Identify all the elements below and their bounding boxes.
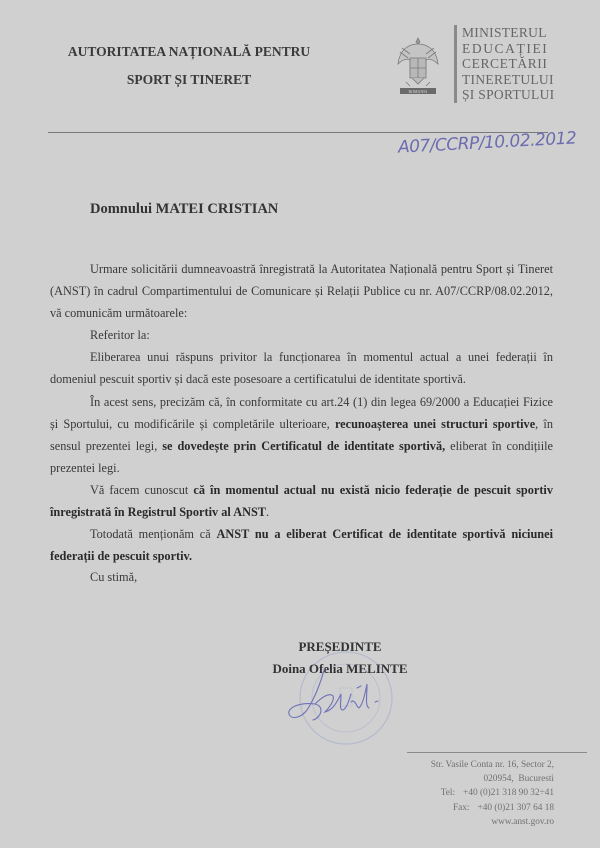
ministry-line: EDUCAȚIEI [462, 41, 554, 57]
ministry-line: TINERETULUI [462, 72, 554, 88]
ministry-line: CERCETĂRII [462, 56, 554, 72]
paragraph-subject: Eliberarea unui răspuns privitor la func… [50, 346, 553, 390]
ministry-divider [454, 25, 457, 103]
authority-header: AUTORITATEA NAȚIONALĂ PENTRU SPORT ȘI TI… [60, 38, 318, 94]
ministry-name: MINISTERUL EDUCAȚIEI CERCETĂRII TINERETU… [462, 25, 554, 103]
footer-divider [407, 752, 587, 753]
ministry-line: ȘI SPORTULUI [462, 87, 554, 103]
letter-body: Urmare solicitării dumneavoastră înregis… [50, 258, 553, 567]
ministry-line: MINISTERUL [462, 25, 554, 41]
paragraph-legal-basis: În acest sens, precizăm că, în conformit… [50, 391, 553, 479]
signatory-title: PREȘEDINTE [270, 636, 410, 658]
paragraph-finding: Vă facem cunoscut că în momentul actual … [50, 479, 553, 523]
paragraph-certificate: Totodată menționăm că ANST nu a eliberat… [50, 523, 553, 567]
paragraph-request: Urmare solicitării dumneavoastră înregis… [50, 258, 553, 324]
authority-name-line2: SPORT ȘI TINERET [60, 66, 318, 94]
romania-coat-of-arms-icon: ROMANIA [396, 34, 440, 100]
contact-footer: Str. Vasile Conta nr. 16, Sector 2, 0209… [400, 758, 554, 829]
crest-banner-text: ROMANIA [408, 89, 427, 94]
address-city: 020954, Bucuresti [400, 772, 554, 786]
website-link[interactable]: www.anst.gov.ro [400, 815, 554, 829]
paragraph-reference-label: Referitor la: [50, 324, 553, 346]
authority-name-line1: AUTORITATEA NAȚIONALĂ PENTRU [60, 38, 318, 66]
closing-salutation: Cu stimă, [90, 570, 137, 585]
handwritten-signature-icon [285, 668, 395, 728]
fax: Fax:+40 (0)21 307 64 18 [400, 801, 554, 815]
address-line: Str. Vasile Conta nr. 16, Sector 2, [400, 758, 554, 772]
phone: Tel:+40 (0)21 318 90 32÷41 [400, 786, 554, 800]
addressee: Domnului MATEI CRISTIAN [90, 201, 278, 218]
